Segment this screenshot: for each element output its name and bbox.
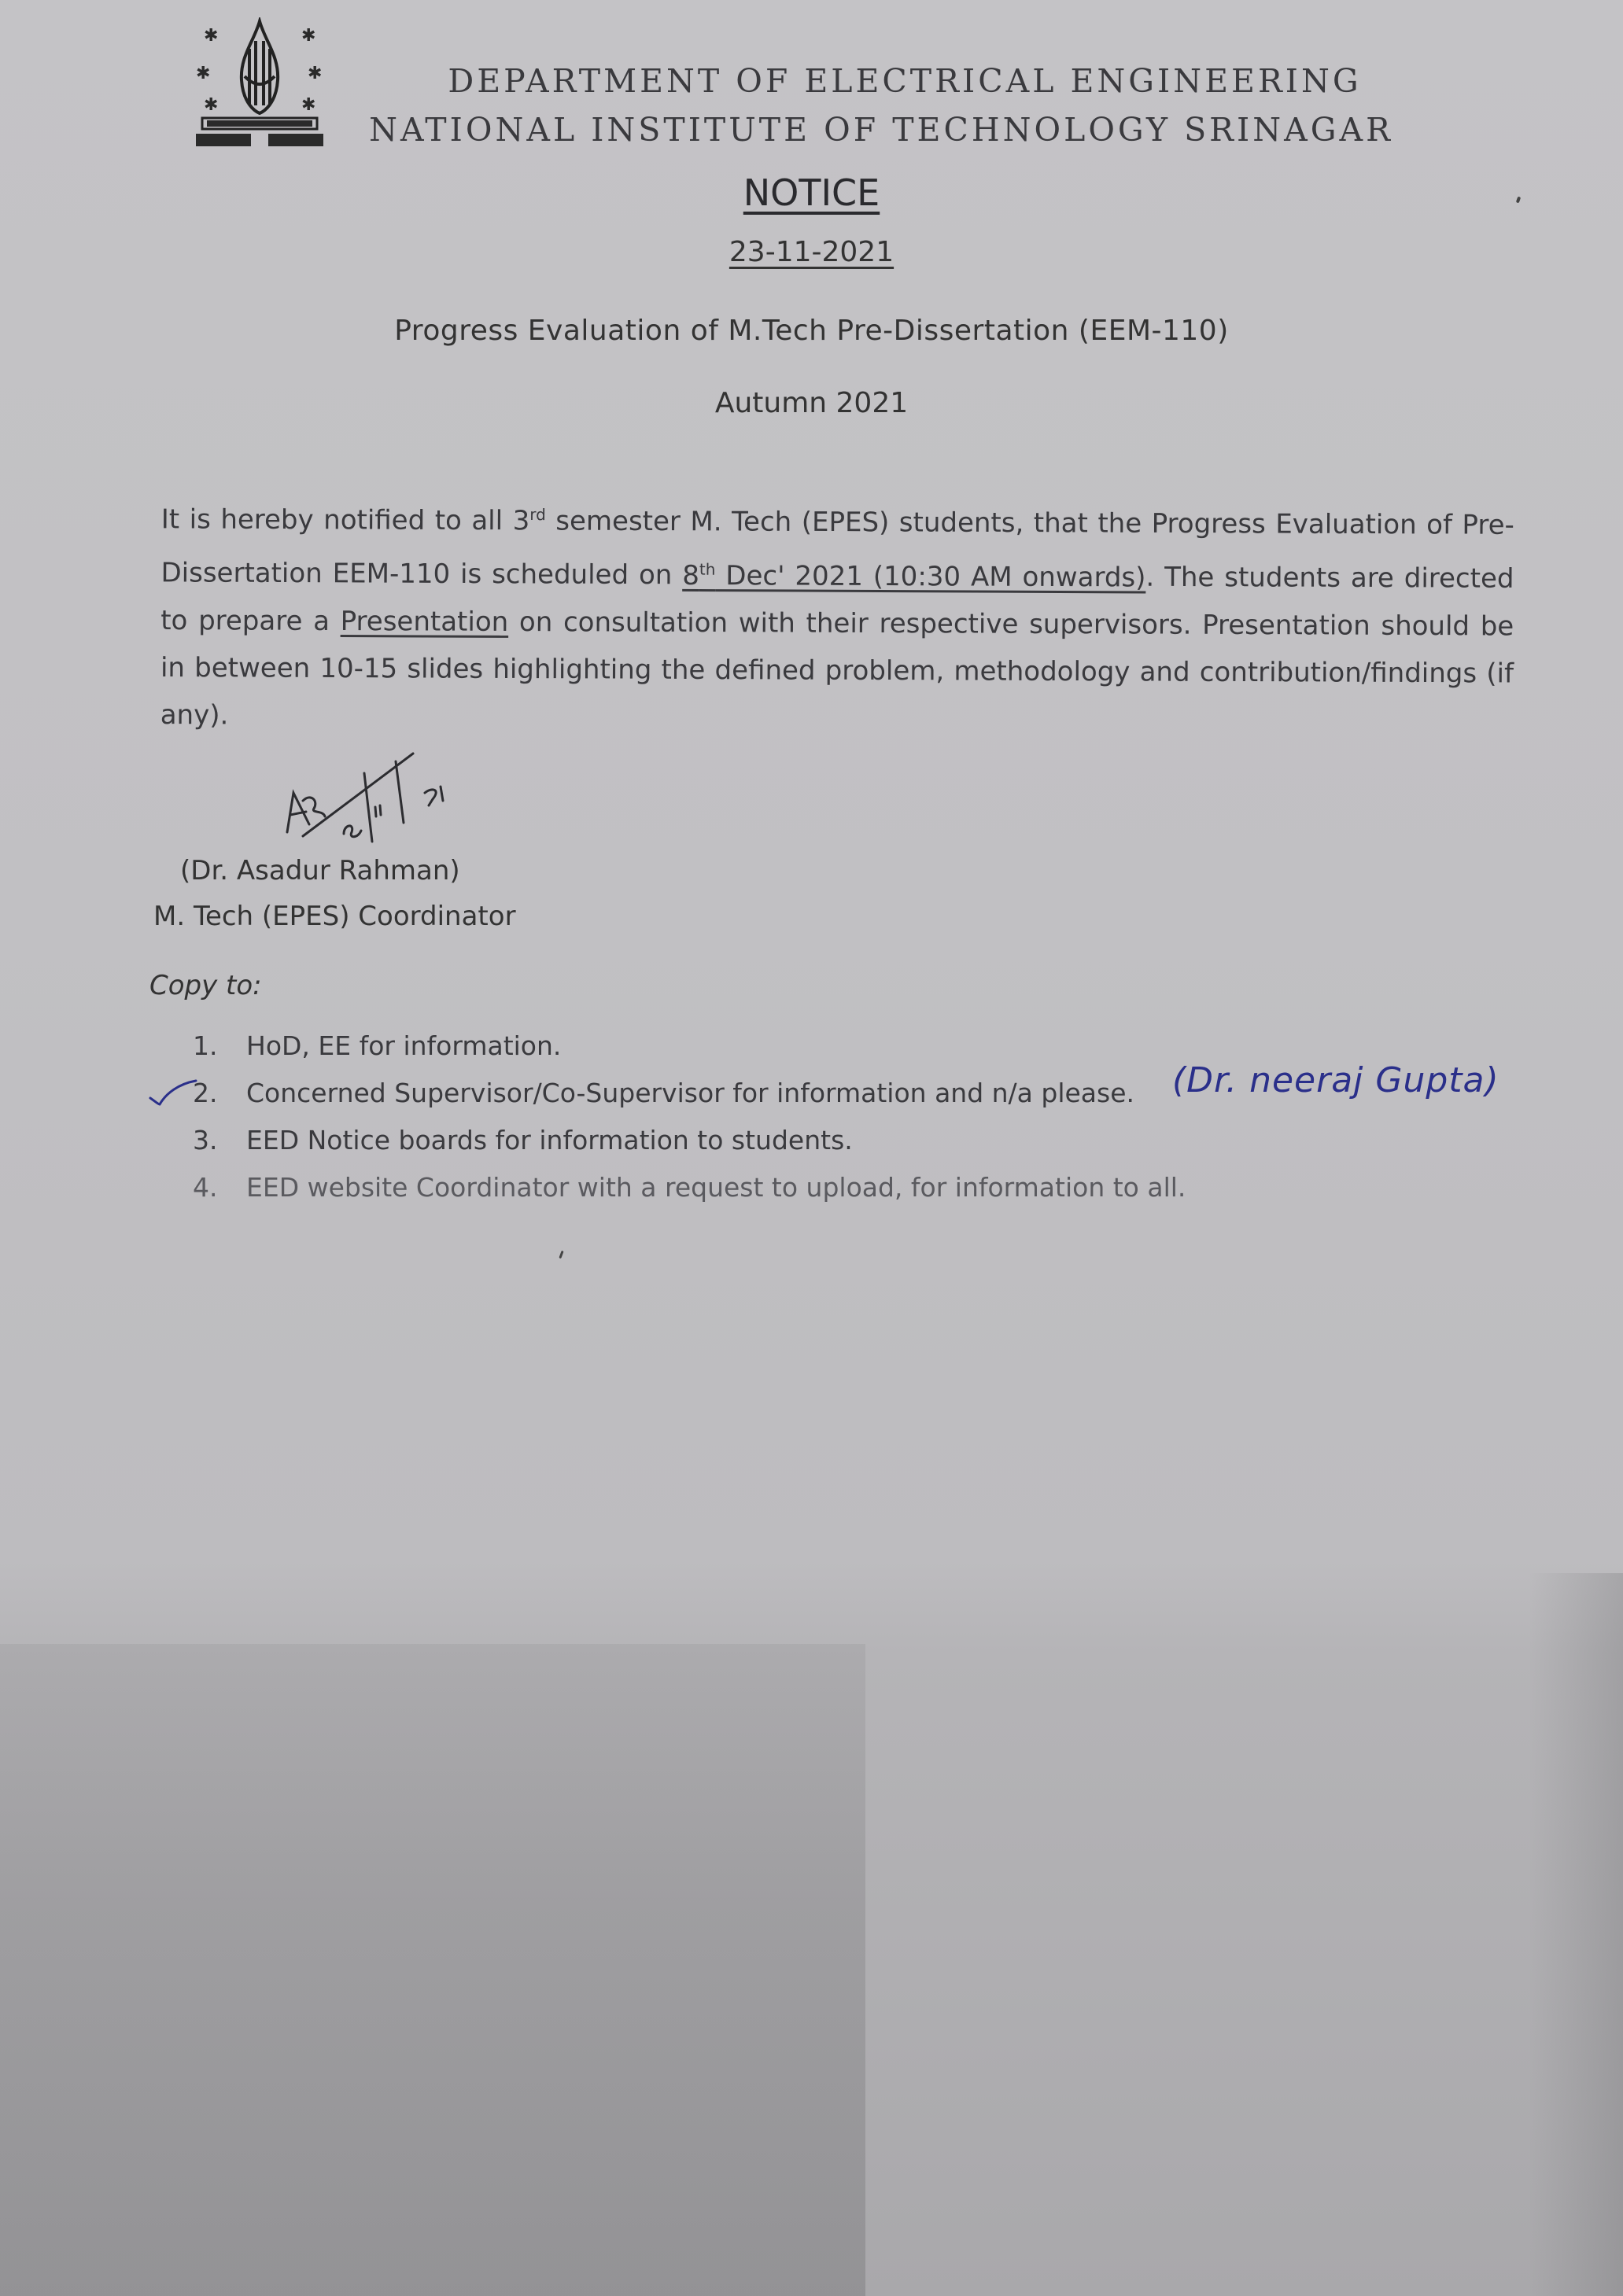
notice-title: NOTICE <box>0 171 1623 214</box>
notice-title-text: NOTICE <box>743 171 880 214</box>
institute-emblem-icon: ✱ ✱ ✱ ✱ ✱ ✱ <box>193 17 326 151</box>
notice-date-text: 23-11-2021 <box>729 236 894 268</box>
item-text: EED website Coordinator with a request t… <box>246 1172 1186 1203</box>
svg-text:✱: ✱ <box>301 95 315 115</box>
copy-to-item: 4.EED website Coordinator with a request… <box>193 1164 1609 1211</box>
notice-subject-text: Progress Evaluation of M.Tech Pre-Disser… <box>394 315 1229 347</box>
svg-text:✱: ✱ <box>301 26 315 46</box>
notice-body: It is hereby notified to all 3rd semeste… <box>160 489 1514 744</box>
department-name: DEPARTMENT OF ELECTRICAL ENGINEERING <box>409 57 1400 105</box>
schedule-time: Dec' 2021 (10:30 AM onwards) <box>715 560 1145 593</box>
page-edge-shadow <box>1529 1573 1623 2296</box>
body-text: It is hereby notified to all 3 <box>161 503 530 536</box>
svg-text:✱: ✱ <box>204 95 218 115</box>
letterhead: DEPARTMENT OF ELECTRICAL ENGINEERING NAT… <box>409 57 1400 154</box>
item-text: Concerned Supervisor/Co-Supervisor for i… <box>246 1078 1134 1108</box>
signatory-name: (Dr. Asadur Rahman) <box>177 848 516 894</box>
signatory-designation: M. Tech (EPES) Coordinator <box>153 894 516 939</box>
ordinal-suffix: rd <box>529 505 546 524</box>
item-number: 4. <box>193 1164 246 1211</box>
item-number: 3. <box>193 1117 246 1164</box>
svg-text:✱: ✱ <box>308 64 322 83</box>
presentation-word: Presentation <box>341 606 509 638</box>
item-text: HoD, EE for information. <box>246 1030 561 1061</box>
notice-date: 23-11-2021 <box>0 236 1623 268</box>
notice-session-text: Autumn 2021 <box>715 387 908 419</box>
copy-to-label: Copy to: <box>149 970 262 1001</box>
svg-text:✱: ✱ <box>196 64 210 83</box>
copy-to-item: 2.Concerned Supervisor/Co-Supervisor for… <box>193 1070 1609 1117</box>
schedule-day: 8 <box>682 560 699 592</box>
copy-to-list: 1.HoD, EE for information. 2.Concerned S… <box>193 1023 1609 1211</box>
paper-speck <box>559 1251 563 1259</box>
schedule-date: 8th Dec' 2021 (10:30 AM onwards) <box>682 560 1145 594</box>
handwritten-signature-icon <box>279 746 468 848</box>
institute-name: NATIONAL INSTITUTE OF TECHNOLOGY SRINAGA… <box>362 105 1400 154</box>
page-shadow <box>0 1644 865 2296</box>
tick-mark-icon <box>147 1076 210 1107</box>
item-text: EED Notice boards for information to stu… <box>246 1125 853 1155</box>
item-number: 1. <box>193 1023 246 1070</box>
ordinal-suffix: th <box>699 559 716 578</box>
signatory-block: (Dr. Asadur Rahman) M. Tech (EPES) Coord… <box>177 848 516 939</box>
handwritten-note: (Dr. neeraj Gupta) <box>1172 1057 1499 1104</box>
svg-text:✱: ✱ <box>204 26 218 46</box>
notice-session: Autumn 2021 <box>0 387 1623 419</box>
copy-to-item: 3.EED Notice boards for information to s… <box>193 1117 1609 1164</box>
notice-subject: Progress Evaluation of M.Tech Pre-Disser… <box>0 315 1623 347</box>
